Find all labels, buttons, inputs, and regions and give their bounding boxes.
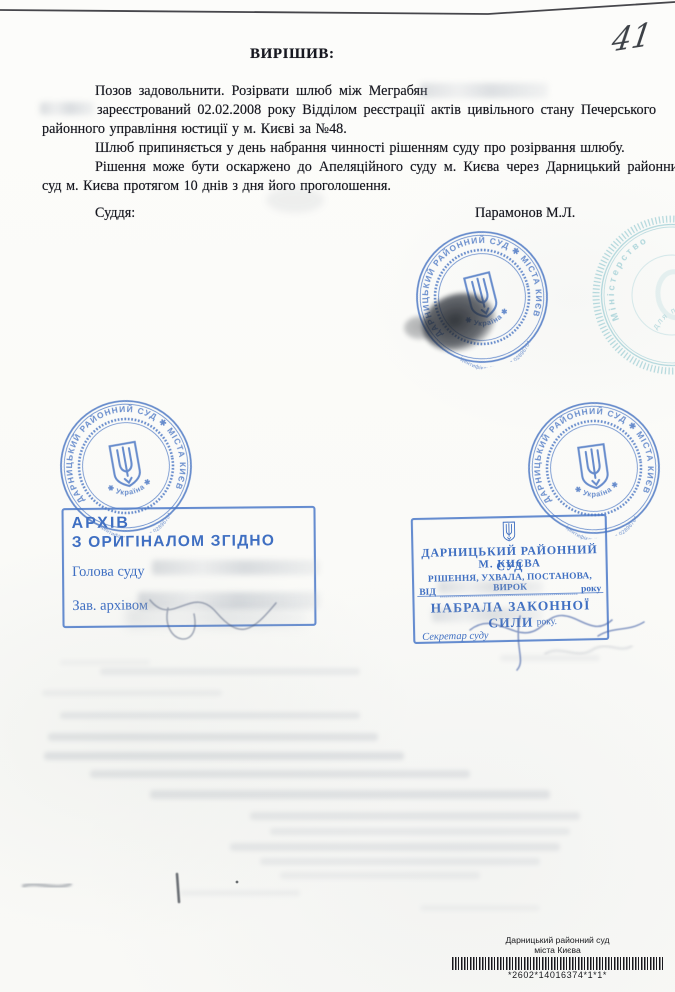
ink-blot-tail (404, 316, 438, 340)
secretary-label: Секретар суду (422, 630, 489, 642)
ghost-handwriting (545, 646, 632, 654)
from-date-blur (438, 581, 543, 593)
bleed-through-line (230, 843, 560, 851)
decision-line-3: районного управління юстиції у м. Києві … (42, 121, 347, 138)
edge-smudge (24, 884, 70, 887)
judge-name: Парамонов М.Л. (475, 205, 575, 222)
head-signature-blur (152, 560, 320, 575)
page-edge-line (0, 2, 675, 14)
decision-line-2: зареєстрований 02.02.2008 року Відділом … (97, 102, 656, 119)
scan-smudge (266, 187, 324, 213)
decision-line-5: Рішення може бути оскаржено до Апеляційн… (95, 159, 675, 176)
barcode-block: Дарницький районний суд міста Києва *260… (450, 936, 665, 980)
trident-icon (501, 521, 516, 542)
bleed-through-line (270, 828, 570, 835)
barcode-court-city: міста Києва (450, 946, 665, 956)
decision-line-6: суд м. Києва протягом 10 днів з дня його… (42, 178, 391, 195)
decision-line-4: Шлюб припиняється у день набрання чиннос… (95, 140, 625, 157)
scanned-document-page: ✱ ДАРНИЦЬКИЙ РАЙОННИЙ СУД ✱ МІСТА КИЄВА … (0, 0, 675, 992)
decision-line-1: Позов задовольнити. Розірвати шлюб між М… (95, 83, 428, 100)
bleed-through-line (500, 655, 600, 661)
certified-true-copy-text: З ОРИГІНАЛОМ ЗГІДНО (72, 532, 275, 552)
bleed-through-line (280, 872, 480, 879)
year-label-1: року (581, 584, 601, 594)
force-date-blur (432, 608, 542, 622)
bleed-through-line (48, 733, 378, 741)
court-head-label: Голова суду (72, 563, 145, 581)
bleed-through-line (90, 770, 470, 778)
bleed-through-line (60, 712, 360, 719)
decision-heading: ВИРІШИВ: (250, 46, 335, 63)
archive-stamp-title: АРХІВ (72, 515, 130, 534)
bleed-through-line (150, 790, 550, 799)
bleed-through-line (180, 890, 300, 896)
handwritten-page-number: 41 (609, 16, 654, 60)
from-label: ВІД (419, 588, 436, 598)
ministry-apostille-stamp (568, 191, 675, 400)
barcode-number: *2602*14016374*1*1* (450, 970, 665, 980)
bleed-through-line (260, 858, 540, 865)
barcode (452, 957, 663, 970)
ink-mark (177, 874, 179, 902)
redacted-name-1 (420, 83, 548, 98)
legal-force-stamp: ДАРНИЦЬКИЙ РАЙОННИЙ СУД М. КИЄВА РІШЕННЯ… (411, 514, 610, 644)
bleed-through-line (42, 690, 222, 696)
bleed-through-line (60, 660, 150, 665)
bleed-through-line (250, 812, 580, 820)
bleed-through-line (420, 905, 540, 911)
bleed-through-line (44, 752, 404, 760)
redacted-name-2 (40, 102, 94, 115)
ink-dot (236, 881, 239, 884)
signature-smear (126, 606, 306, 628)
judge-label: Суддя: (95, 205, 135, 222)
bleed-through-line (100, 668, 360, 675)
